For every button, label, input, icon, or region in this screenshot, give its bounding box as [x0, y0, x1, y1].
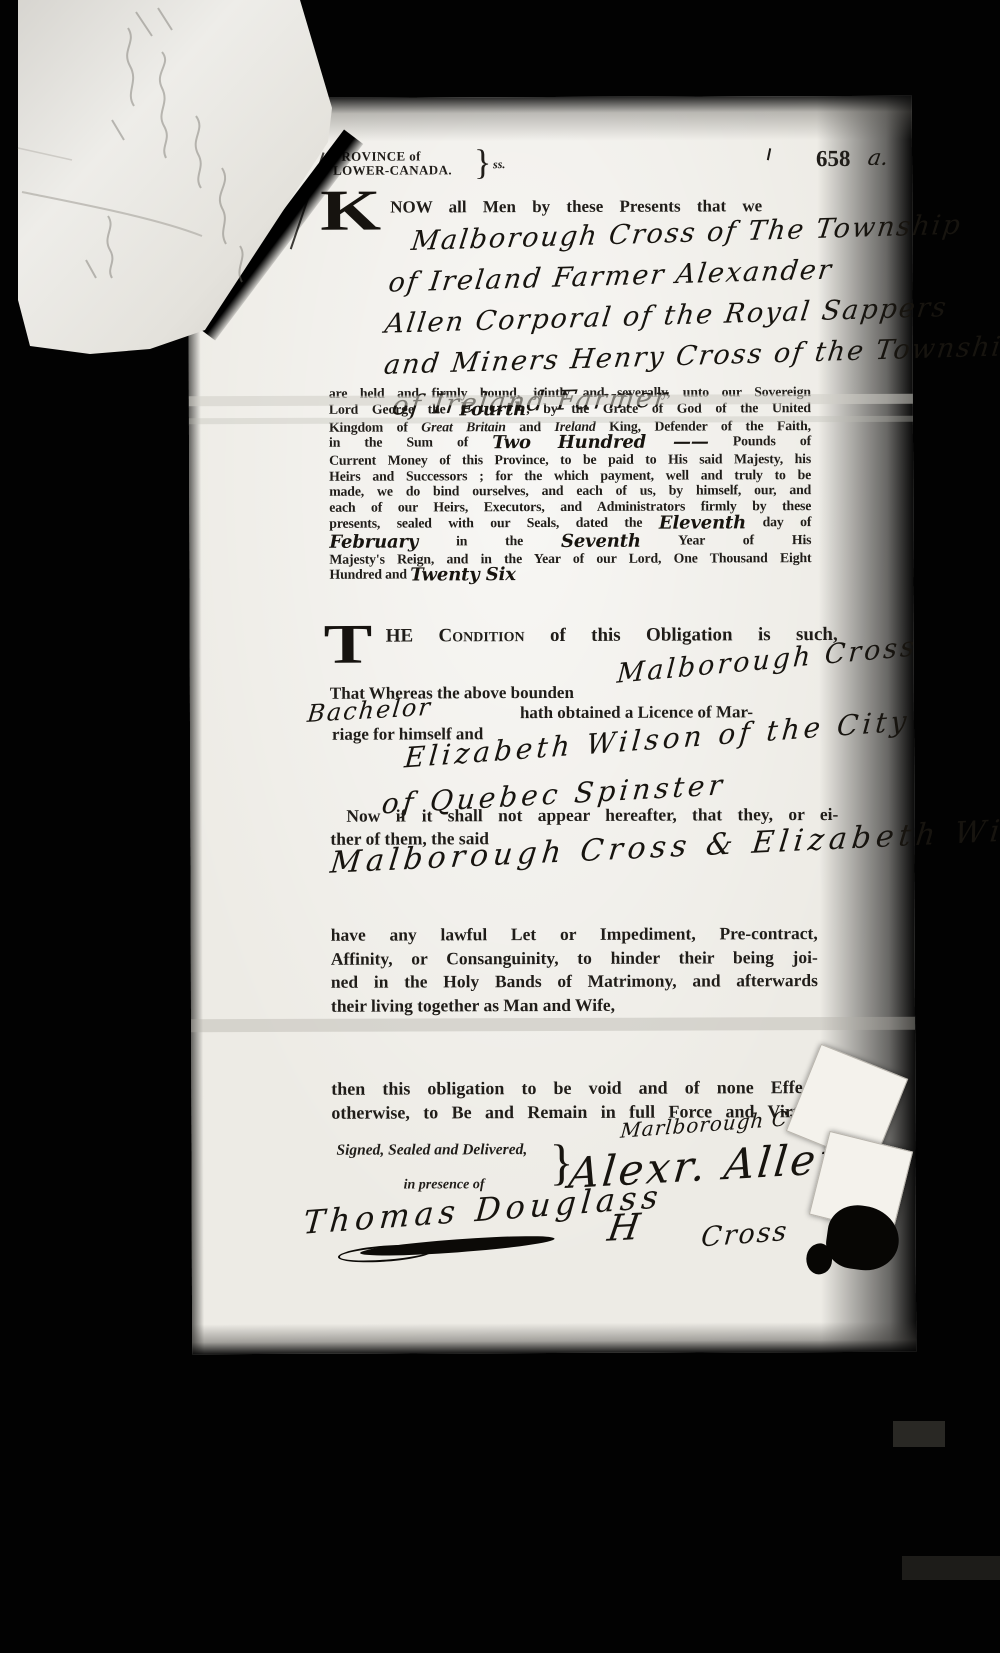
dropcap-t: T	[324, 624, 373, 668]
printed-text: Current Money of this Province, to be pa…	[329, 451, 811, 468]
film-artifact	[893, 1421, 945, 1447]
printed-text: day of	[746, 514, 811, 529]
printed-text: in the Sum of	[329, 434, 492, 450]
printed-text: Year of His	[641, 532, 812, 548]
printed-text: in the	[418, 533, 561, 548]
impediment-line: ned in the Holy Bands of Matrimony, and …	[331, 969, 818, 994]
printed-text: made, we do bind ourselves, and each of …	[329, 482, 811, 499]
bond-line: Current Money of this Province, to be pa…	[329, 451, 811, 468]
printed-text: Hundred and	[329, 567, 410, 582]
scan-streak	[191, 1017, 915, 1033]
signature-flourish-loop	[337, 1242, 434, 1265]
printed-text: HE C	[386, 625, 453, 646]
folio-suffix: a.	[866, 146, 890, 171]
printed-text: Majesty's Reign, and in the Year of our …	[329, 550, 811, 567]
bond-body-paragraph: are held and firmly bound, jointly and s…	[329, 384, 812, 585]
handwritten-fill: Two Hundred ——	[492, 432, 708, 454]
groom-status-script: Bachelor	[306, 693, 433, 728]
handwritten-fill: Seventh	[561, 530, 641, 551]
surety2-signature: Cross	[700, 1216, 790, 1254]
header-brace: }	[474, 141, 491, 183]
attestation-line1: Signed, Sealed and Delivered,	[336, 1141, 527, 1160]
bond-line: made, we do bind ourselves, and each of …	[329, 482, 811, 499]
handwritten-fill: Eleventh	[659, 512, 746, 533]
bond-line: Hundred and Twenty Six	[329, 565, 811, 585]
ink-tick-mark	[767, 148, 771, 160]
impediment-line: their living together as Man and Wife,	[331, 993, 818, 1018]
folio-number: 658	[816, 146, 851, 172]
nowif-line1: Now if it shall not appear hereafter, th…	[346, 804, 838, 827]
printed-text: Heirs and Successors ; for the which pay…	[329, 467, 811, 484]
folded-page-corner	[16, 0, 361, 356]
printed-text: Pounds of	[709, 433, 811, 448]
bond-line: Majesty's Reign, and in the Year of our …	[329, 550, 811, 567]
printed-text: presents, sealed with our Seals, dated t…	[329, 514, 659, 530]
impediment-paragraph: have any lawful Let or Impediment, Pre-c…	[331, 922, 818, 1018]
impediment-line: Affinity, or Consanguinity, to hinder th…	[331, 946, 818, 971]
void-line: then this obligation to be void and of n…	[331, 1076, 821, 1101]
bond-line: in the Sum of Two Hundred —— Pounds of	[329, 433, 811, 453]
ss-abbrev: ss.	[493, 157, 505, 172]
bond-line: Heirs and Successors ; for the which pay…	[329, 467, 811, 484]
surety2-initial-script: H	[605, 1207, 643, 1250]
fold-paper	[18, 0, 332, 354]
handwritten-fill: Twenty Six	[410, 564, 516, 585]
bond-line: February in the Seventh Year of His	[329, 532, 811, 552]
printed-smallcaps: ONDITION	[452, 630, 524, 645]
microfilm-scan-page: PROVINCE of LOWER-CANADA. } ss. 658 a. K…	[0, 0, 1000, 1653]
film-artifact	[902, 1556, 1000, 1580]
impediment-line: have any lawful Let or Impediment, Pre-c…	[331, 922, 818, 947]
handwritten-fill: February	[329, 531, 418, 552]
